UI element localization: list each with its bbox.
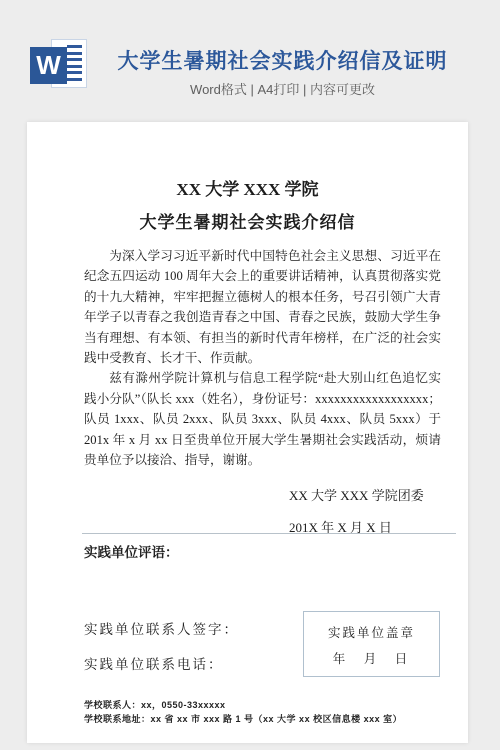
word-icon-text-line (67, 78, 82, 81)
word-icon-text-line (67, 58, 82, 61)
word-icon-letter: W (30, 47, 67, 84)
phone-label: 实践单位联系电话： (84, 653, 224, 673)
doc-heading-university: XX 大学 XXX 学院 (27, 175, 468, 200)
word-icon: W (30, 38, 88, 91)
signature-line: XX 大学 XXX 学院团委 (289, 485, 424, 504)
footer-address: 学校联系地址：xx 省 xx 市 xxx 路 1 号（xx 大学 xx 校区信息… (84, 713, 444, 727)
doc-heading-title: 大学生暑期社会实践介绍信 (27, 208, 468, 233)
signer-label: 实践单位联系人签字： (84, 618, 239, 638)
body-paragraph: 为深入学习习近平新时代中国特色社会主义思想、习近平在纪念五四运动 100 周年大… (84, 246, 441, 368)
stamp-box-title: 实践单位盖章 (304, 623, 439, 641)
body-paragraph: 兹有滁州学院计算机与信息工程学院“赴大别山红色追忆实践小分队”（队长 xxx（姓… (84, 368, 441, 470)
word-icon-text-line (67, 71, 82, 74)
divider-line (82, 533, 456, 534)
word-icon-text-line (67, 45, 82, 48)
word-icon-text-line (67, 65, 82, 68)
page-subtitle: Word格式 | A4打印 | 内容可更改 (95, 79, 470, 98)
word-icon-text-line (67, 52, 82, 55)
review-label: 实践单位评语： (84, 541, 179, 561)
doc-footer: 学校联系人：xx，0550-33xxxxx 学校联系地址：xx 省 xx 市 x… (84, 699, 444, 726)
doc-body: 为深入学习习近平新时代中国特色社会主义思想、习近平在纪念五四运动 100 周年大… (84, 246, 441, 470)
stamp-box: 实践单位盖章 年 月 日 (303, 611, 440, 677)
footer-contact: 学校联系人：xx，0550-33xxxxx (84, 699, 444, 713)
page-title: 大学生暑期社会实践介绍信及证明 (95, 45, 470, 75)
stamp-box-date: 年 月 日 (304, 649, 439, 667)
document-page: XX 大学 XXX 学院 大学生暑期社会实践介绍信 为深入学习习近平新时代中国特… (27, 122, 468, 743)
